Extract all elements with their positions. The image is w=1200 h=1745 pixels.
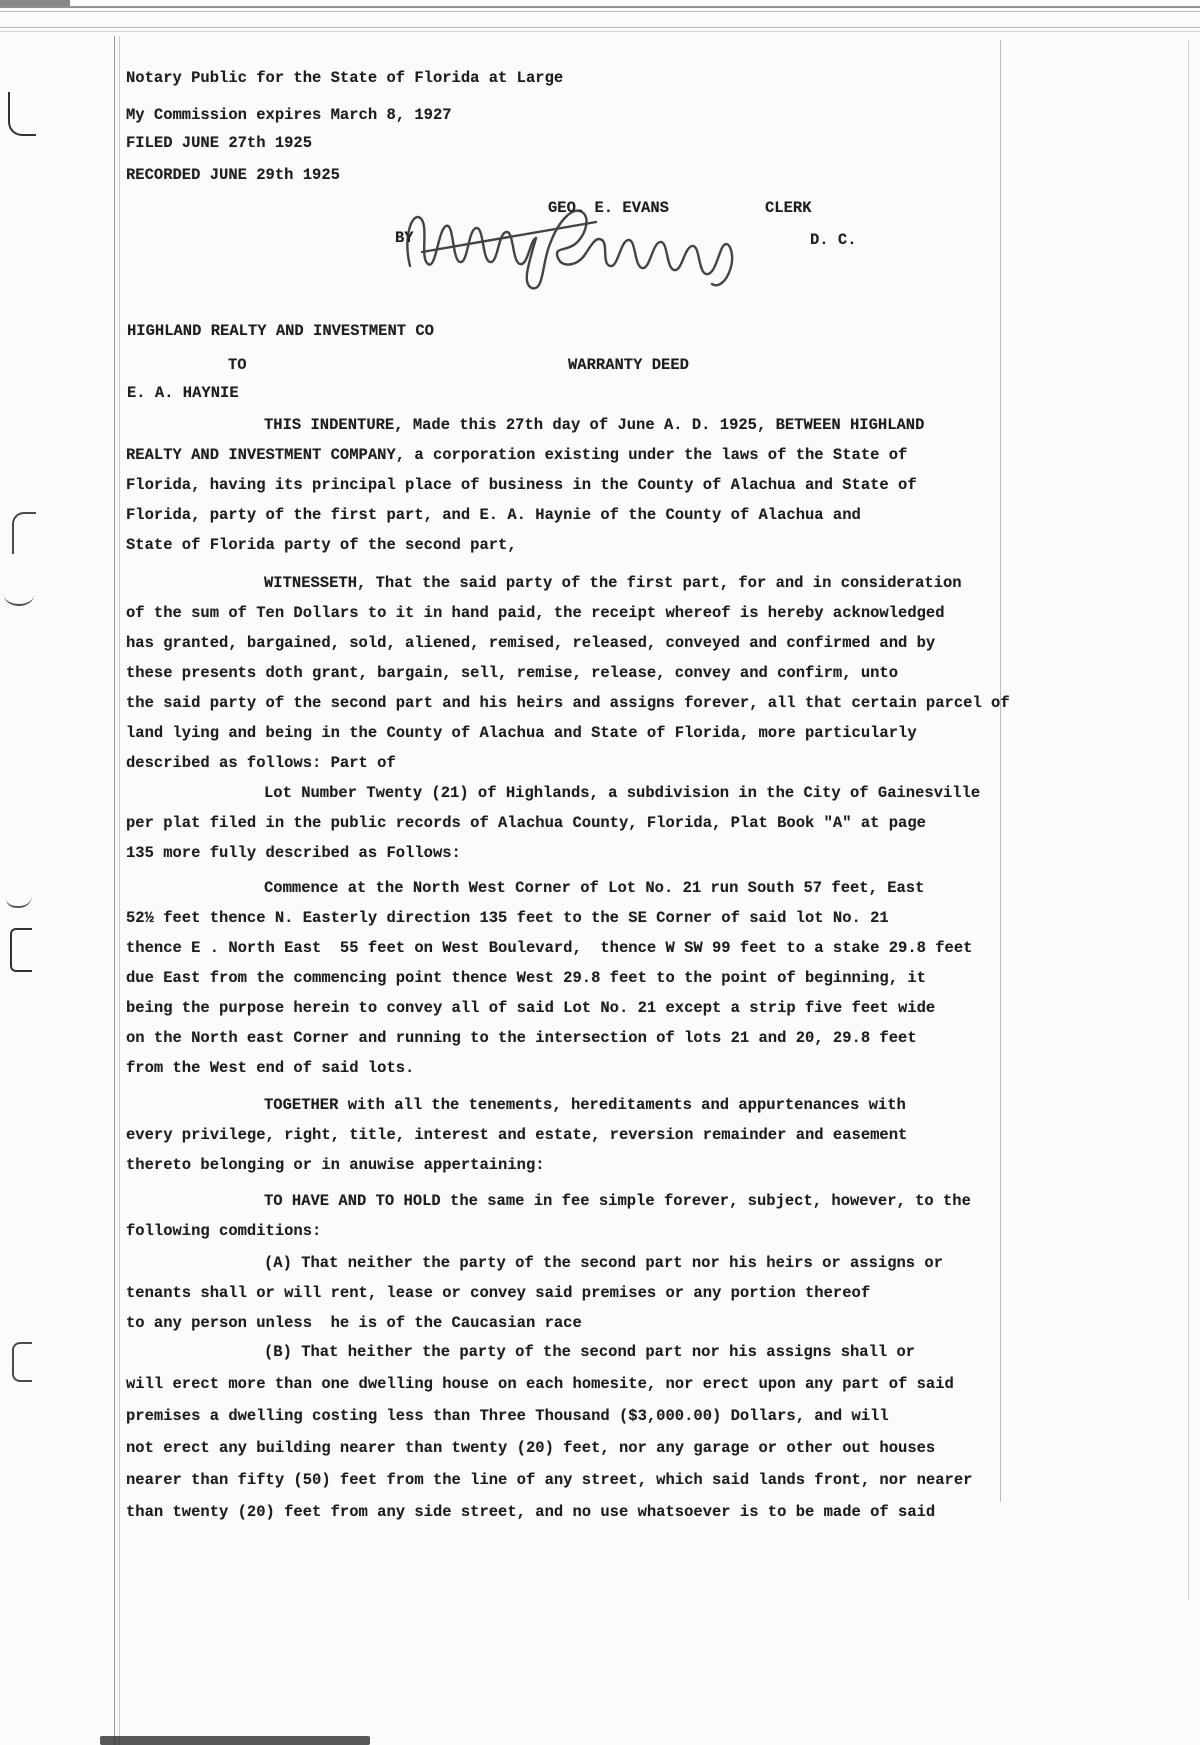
paragraph-habendum: TO HAVE AND TO HOLD the same in fee simp… [126, 1186, 971, 1246]
paragraph-clause-b: (B) That heither the party of the second… [126, 1336, 972, 1528]
paragraph-lot-description: Lot Number Twenty (21) of Highlands, a s… [126, 778, 980, 868]
notary-expiry-line: My Commission expires March 8, 1927 [126, 100, 452, 130]
clerk-title: CLERK [765, 193, 812, 223]
deputy-clerk-initials: D. C. [810, 225, 857, 255]
scanned-deed-page: Notary Public for the State of Florida a… [0, 0, 1200, 1745]
recorded-stamp: RECORDED JUNE 29th 1925 [126, 160, 340, 190]
top-rule-3 [0, 27, 1200, 28]
paragraph-witnesseth: WITNESSETH, That the said party of the f… [126, 568, 1010, 778]
margin-mark-3 [4, 584, 34, 606]
document-type-title: WARRANTY DEED [568, 350, 689, 380]
margin-mark-6 [12, 1342, 32, 1382]
bottom-scan-artifact [100, 1736, 370, 1745]
margin-mark-5 [10, 928, 32, 972]
top-left-edge-mark [0, 0, 70, 6]
notary-commission-line: Notary Public for the State of Florida a… [126, 63, 563, 93]
top-rule-2 [0, 11, 1200, 12]
paragraph-metes-and-bounds: Commence at the North West Corner of Lot… [126, 873, 972, 1083]
left-margin-rule-outer [114, 36, 115, 1745]
filed-stamp: FILED JUNE 27th 1925 [126, 128, 312, 158]
top-rule-4 [0, 31, 1200, 32]
margin-mark-4 [6, 884, 32, 908]
right-edge-rule [1188, 40, 1189, 1600]
margin-mark-1 [8, 92, 36, 136]
grantee-name: E. A. HAYNIE [127, 378, 239, 408]
paragraph-indenture: THIS INDENTURE, Made this 27th day of Ju… [126, 410, 924, 560]
paragraph-clause-a: (A) That neither the party of the second… [126, 1248, 943, 1338]
to-label: TO [228, 350, 247, 380]
top-rule-1 [0, 6, 1200, 8]
margin-mark-2 [12, 512, 36, 554]
left-margin-rule-inner [119, 36, 120, 1745]
clerk-signature [400, 196, 750, 296]
paragraph-together-clause: TOGETHER with all the tenements, heredit… [126, 1090, 907, 1180]
grantor-name: HIGHLAND REALTY AND INVESTMENT CO [127, 316, 434, 346]
